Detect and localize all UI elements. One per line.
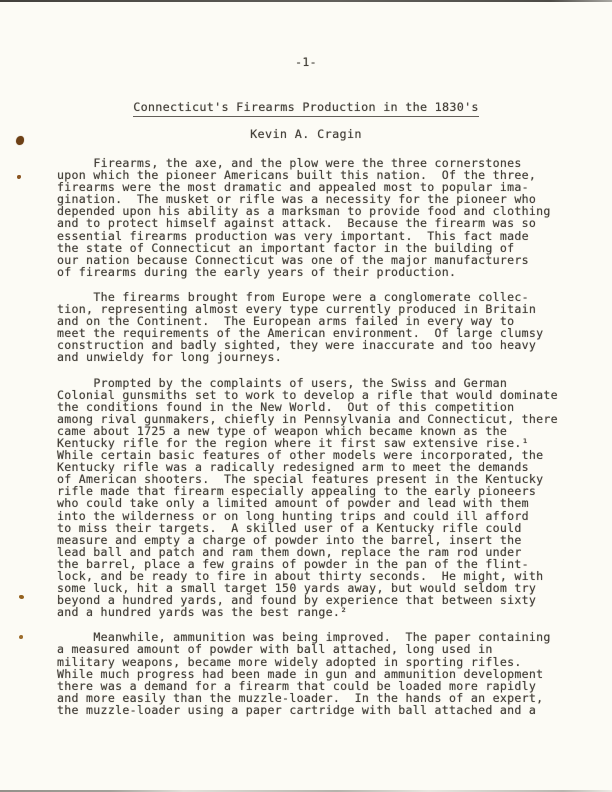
margin-ink-stain: [19, 595, 24, 599]
margin-ink-stain: [17, 175, 21, 179]
document-title: Connecticut's Firearms Production in the…: [0, 100, 612, 117]
document-body: Firearms, the axe, and the plow were the…: [57, 157, 563, 729]
scan-edge-top: [0, 0, 612, 2]
page-number: -1-: [0, 55, 612, 69]
document-author: Kevin A. Cragin: [0, 127, 612, 141]
scanned-document-page: -1- Connecticut's Firearms Production in…: [0, 0, 612, 792]
paragraph-2: The firearms brought from Europe were a …: [57, 291, 563, 364]
document-title-text: Connecticut's Firearms Production in the…: [133, 100, 479, 117]
paragraph-1: Firearms, the axe, and the plow were the…: [57, 157, 563, 278]
paragraph-4: Meanwhile, ammunition was being improved…: [57, 631, 563, 716]
paragraph-3: Prompted by the complaints of users, the…: [57, 377, 563, 619]
margin-ink-stain: [19, 635, 23, 639]
